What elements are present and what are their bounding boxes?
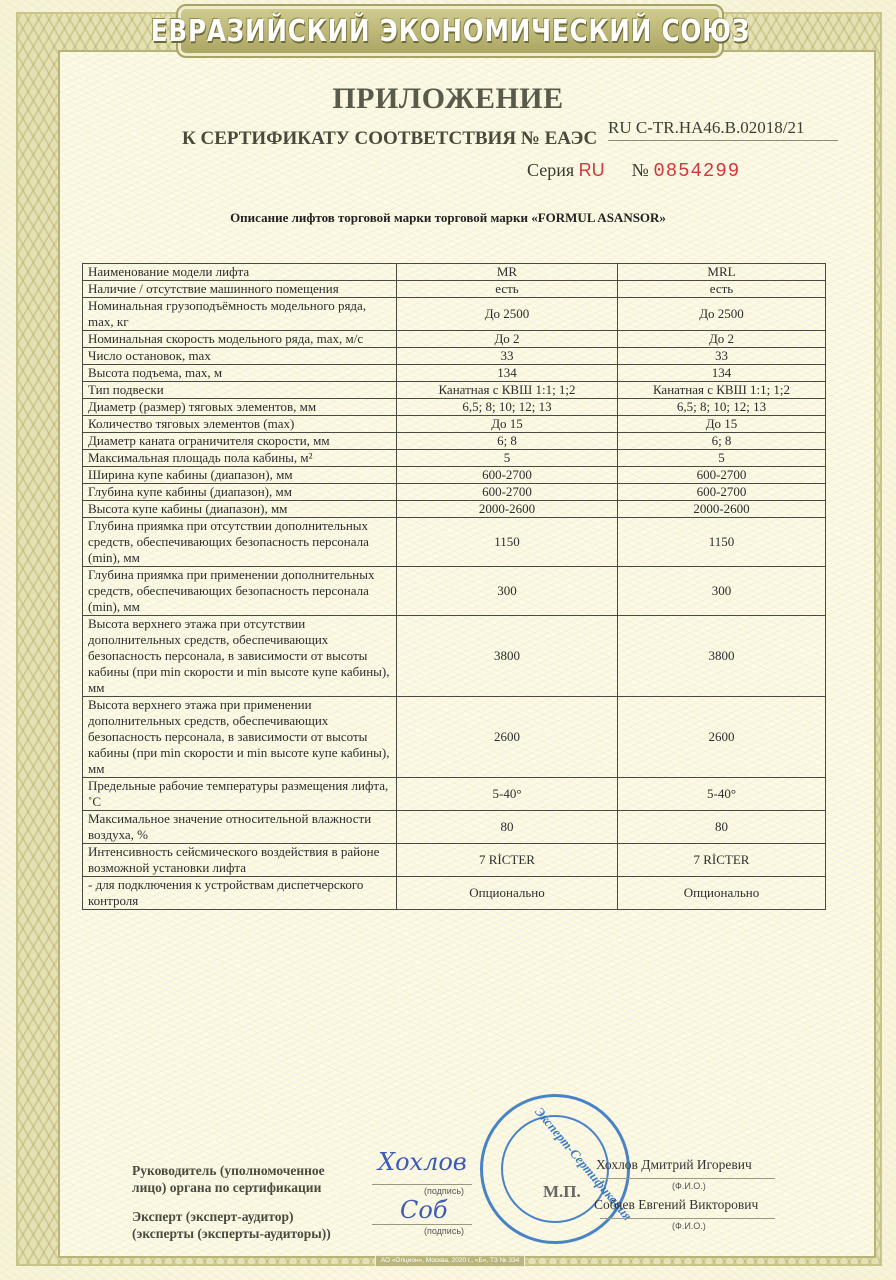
row-value-mrl: 600-2700: [618, 467, 826, 484]
row-label: Максимальная площадь пола кабины, м²: [83, 450, 397, 467]
series-label: Серия: [527, 160, 574, 180]
table-row: Номинальная грузоподъёмность модельного …: [83, 298, 826, 331]
row-value-mr: 600-2700: [397, 467, 618, 484]
row-value-mrl: 134: [618, 365, 826, 382]
row-value-mrl: 80: [618, 811, 826, 844]
table-row: Высота верхнего этажа при применении доп…: [83, 697, 826, 778]
row-value-mrl: 2600: [618, 697, 826, 778]
row-value-mr: 80: [397, 811, 618, 844]
certificate-prefix: К СЕРТИФИКАТУ СООТВЕТСТВИЯ № ЕАЭС: [182, 128, 597, 150]
description-subtitle: Описание лифтов торговой марки торговой …: [0, 210, 896, 226]
row-value-mr: 134: [397, 365, 618, 382]
row-value-mr: 5-40°: [397, 778, 618, 811]
table-row: Максимальное значение относительной влаж…: [83, 811, 826, 844]
row-value-mr: 2000-2600: [397, 501, 618, 518]
head-signature-line: [372, 1184, 472, 1185]
row-value-mrl: До 15: [618, 416, 826, 433]
expert-full-name: Собяев Евгений Викторович: [594, 1197, 758, 1213]
row-label: Высота верхнего этажа при отсутствии доп…: [83, 616, 397, 697]
table-row: Интенсивность сейсмического воздействия …: [83, 844, 826, 877]
row-value-mr: 300: [397, 567, 618, 616]
signatory-labels: Руководитель (уполномоченное лицо) орган…: [132, 1162, 331, 1242]
row-label: Интенсивность сейсмического воздействия …: [83, 844, 397, 877]
row-label: Наличие / отсутствие машинного помещения: [83, 281, 397, 298]
table-row: Диаметр (размер) тяговых элементов, мм6,…: [83, 399, 826, 416]
table-row: Максимальная площадь пола кабины, м²55: [83, 450, 826, 467]
row-value-mr: До 15: [397, 416, 618, 433]
row-value-mrl: До 2: [618, 331, 826, 348]
header-cell-mrl: MRL: [618, 264, 826, 281]
header-cell-name: Наименование модели лифта: [83, 264, 397, 281]
row-value-mr: 6; 8: [397, 433, 618, 450]
row-value-mrl: 3800: [618, 616, 826, 697]
row-label: Тип подвески: [83, 382, 397, 399]
eaeu-banner: ЕВРАЗИЙСКИЙ ЭКОНОМИЧЕСКИЙ СОЮЗ: [178, 6, 722, 56]
table-row: Предельные рабочие температуры размещени…: [83, 778, 826, 811]
table-row: Ширина купе кабины (диапазон), мм600-270…: [83, 467, 826, 484]
banner-text: ЕВРАЗИЙСКИЙ ЭКОНОМИЧЕСКИЙ СОЮЗ: [150, 14, 749, 49]
row-value-mr: Опционально: [397, 877, 618, 910]
expert-name-line: [600, 1218, 775, 1219]
row-value-mrl: До 2500: [618, 298, 826, 331]
row-label: Высота купе кабины (диапазон), мм: [83, 501, 397, 518]
row-value-mr: 6,5; 8; 10; 12; 13: [397, 399, 618, 416]
row-label: Глубина приямка при применении дополните…: [83, 567, 397, 616]
head-fio-caption: (Ф.И.О.): [672, 1181, 706, 1191]
row-value-mrl: Опционально: [618, 877, 826, 910]
row-value-mr: 5: [397, 450, 618, 467]
row-value-mrl: 5: [618, 450, 826, 467]
row-label: Предельные рабочие температуры размещени…: [83, 778, 397, 811]
printer-imprint: АО «Опцион», Москва, 2020 г., «Б», ТЗ № …: [375, 1255, 525, 1267]
number-label: №: [632, 160, 649, 180]
row-label: Глубина приямка при отсутствии дополните…: [83, 518, 397, 567]
table-row: Высота верхнего этажа при отсутствии доп…: [83, 616, 826, 697]
header-cell-mr: MR: [397, 264, 618, 281]
table-row: Количество тяговых элементов (max)До 15Д…: [83, 416, 826, 433]
row-label: Ширина купе кабины (диапазон), мм: [83, 467, 397, 484]
row-value-mr: Канатная с КВШ 1:1; 1;2: [397, 382, 618, 399]
row-value-mr: 2600: [397, 697, 618, 778]
table-row: Номинальная скорость модельного ряда, ma…: [83, 331, 826, 348]
table-header-row: Наименование модели лифта MR MRL: [83, 264, 826, 281]
row-value-mrl: 600-2700: [618, 484, 826, 501]
table-row: Глубина приямка при отсутствии дополните…: [83, 518, 826, 567]
table-row: - для подключения к устройствам диспетче…: [83, 877, 826, 910]
head-signature: Хохлов: [378, 1148, 467, 1176]
expert-signature-line: [372, 1224, 472, 1225]
row-label: Диаметр (размер) тяговых элементов, мм: [83, 399, 397, 416]
row-value-mr: 600-2700: [397, 484, 618, 501]
table-row: Число остановок, max3333: [83, 348, 826, 365]
row-value-mrl: 1150: [618, 518, 826, 567]
expert-fio-caption: (Ф.И.О.): [672, 1221, 706, 1231]
expert-label: Эксперт (эксперт-аудитор) (эксперты (экс…: [132, 1208, 331, 1242]
row-value-mr: 33: [397, 348, 618, 365]
row-value-mr: До 2500: [397, 298, 618, 331]
table-row: Высота купе кабины (диапазон), мм2000-26…: [83, 501, 826, 518]
table-row: Высота подъема, max, м134134: [83, 365, 826, 382]
table-row: Тип подвескиКанатная с КВШ 1:1; 1;2Канат…: [83, 382, 826, 399]
row-label: Количество тяговых элементов (max): [83, 416, 397, 433]
row-value-mr: есть: [397, 281, 618, 298]
table-row: Глубина купе кабины (диапазон), мм600-27…: [83, 484, 826, 501]
row-label: Номинальная скорость модельного ряда, ma…: [83, 331, 397, 348]
row-value-mrl: 6; 8: [618, 433, 826, 450]
blank-number: 0854299: [653, 160, 740, 182]
row-label: Число остановок, max: [83, 348, 397, 365]
row-label: Высота подъема, max, м: [83, 365, 397, 382]
certificate-number: RU С-TR.НА46.В.02018/21: [608, 118, 838, 141]
row-value-mr: До 2: [397, 331, 618, 348]
row-value-mrl: 33: [618, 348, 826, 365]
row-label: Глубина купе кабины (диапазон), мм: [83, 484, 397, 501]
table-row: Диаметр каната ограничителя скорости, мм…: [83, 433, 826, 450]
expert-signature-caption: (подпись): [424, 1226, 464, 1236]
lift-spec-table: Наименование модели лифта MR MRL Наличие…: [82, 263, 826, 910]
head-name-line: [600, 1178, 775, 1179]
row-value-mrl: есть: [618, 281, 826, 298]
row-value-mrl: 6,5; 8; 10; 12; 13: [618, 399, 826, 416]
row-label: - для подключения к устройствам диспетче…: [83, 877, 397, 910]
row-value-mrl: Канатная с КВШ 1:1; 1;2: [618, 382, 826, 399]
row-label: Номинальная грузоподъёмность модельного …: [83, 298, 397, 331]
head-full-name: Хохлов Дмитрий Игоревич: [596, 1157, 752, 1173]
row-label: Максимальное значение относительной влаж…: [83, 811, 397, 844]
row-value-mrl: 5-40°: [618, 778, 826, 811]
row-value-mr: 3800: [397, 616, 618, 697]
row-label: Высота верхнего этажа при применении доп…: [83, 697, 397, 778]
row-value-mrl: 7 RİCTER: [618, 844, 826, 877]
document-title: ПРИЛОЖЕНИЕ: [0, 82, 896, 116]
seal-placeholder-mark: М.П.: [543, 1182, 581, 1202]
series-value: RU: [579, 160, 605, 180]
row-value-mr: 1150: [397, 518, 618, 567]
row-value-mr: 7 RİCTER: [397, 844, 618, 877]
table-row: Наличие / отсутствие машинного помещения…: [83, 281, 826, 298]
row-value-mrl: 300: [618, 567, 826, 616]
head-label: Руководитель (уполномоченное лицо) орган…: [132, 1162, 331, 1196]
table-row: Глубина приямка при применении дополните…: [83, 567, 826, 616]
expert-signature: Соб: [400, 1196, 447, 1224]
row-label: Диаметр каната ограничителя скорости, мм: [83, 433, 397, 450]
head-signature-caption: (подпись): [424, 1186, 464, 1196]
row-value-mrl: 2000-2600: [618, 501, 826, 518]
series-line: Серия RU № 0854299: [527, 160, 740, 182]
